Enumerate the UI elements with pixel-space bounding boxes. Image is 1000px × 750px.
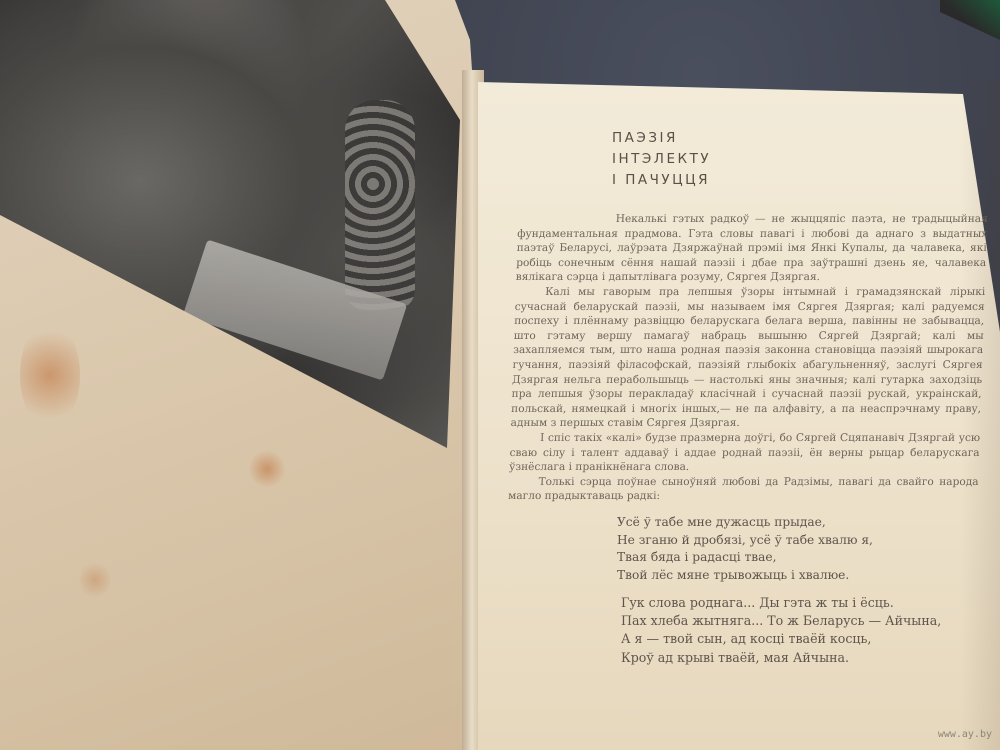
title-line: ІНТЭЛЕКТУ bbox=[612, 149, 711, 170]
poem-line: А я — твой сын, ад косці тваёй косць, bbox=[621, 630, 941, 648]
paragraph: Толькі сэрца поўнае сыноўняй любові да Р… bbox=[508, 475, 979, 504]
page-stain bbox=[248, 450, 286, 488]
left-page bbox=[0, 0, 480, 750]
paragraph: Калі мы гаворым пра лепшыя ўзоры інтымна… bbox=[510, 285, 985, 431]
page-stain bbox=[80, 560, 110, 600]
title-line: І ПАЧУЦЦЯ bbox=[612, 170, 711, 191]
poem-line: Пах хлеба жытняга... То ж Беларусь — Айч… bbox=[621, 612, 941, 630]
poem-line: Кроў ад крыві тваёй, мая Айчына. bbox=[621, 649, 941, 667]
poem-line: Не зганю й дробязі, усё ў табе хвалю я, bbox=[617, 532, 873, 550]
watermark: www.ay.by bbox=[938, 729, 992, 740]
page-stain bbox=[20, 320, 80, 430]
poem-stanza: Гук слова роднага... Ды гэта ж ты і ёсць… bbox=[621, 594, 941, 667]
poem-stanza: Усё ў табе мне дужасць прыдае, Не зганю … bbox=[617, 514, 873, 584]
title-line: ПАЭЗІЯ bbox=[612, 128, 711, 149]
essay-body: Некалькі гэтых радкоў — не жыццяпіс паэт… bbox=[508, 212, 988, 504]
paragraph: Некалькі гэтых радкоў — не жыццяпіс паэт… bbox=[515, 212, 988, 285]
photo-vase bbox=[345, 100, 415, 310]
poem-line: Усё ў табе мне дужасць прыдае, bbox=[617, 514, 873, 532]
poem-line: Твая бяда і радасці твае, bbox=[617, 549, 873, 567]
chapter-title: ПАЭЗІЯ ІНТЭЛЕКТУ І ПАЧУЦЦЯ bbox=[612, 128, 711, 191]
poem-line: Гук слова роднага... Ды гэта ж ты і ёсць… bbox=[621, 594, 941, 612]
poem-line: Твой лёс мяне трывожыць і хвалюе. bbox=[617, 567, 873, 585]
paragraph: І спіс такіх «калі» будзе празмерна доўг… bbox=[509, 431, 981, 475]
